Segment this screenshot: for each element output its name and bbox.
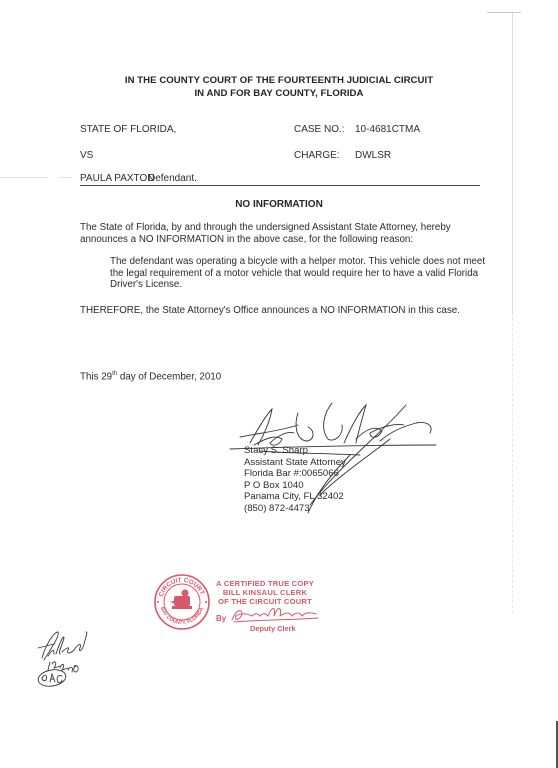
date-line: This 29th day of December, 2010 [80,369,221,383]
charge-value: DWLSR [355,150,391,161]
therefore-paragraph: THEREFORE, the State Attorney's Office a… [80,305,500,317]
attorney-bar-number: Florida Bar #:0065066 [244,468,346,480]
attorney-title: Assistant State Attorney [244,457,346,469]
plaintiff: STATE OF FLORIDA, [80,124,176,135]
versus: VS [80,150,93,161]
intro-paragraph: The State of Florida, by and through the… [80,222,490,245]
document-title: NO INFORMATION [0,199,558,210]
caption-divider [80,185,480,186]
scan-artifact-line [0,177,48,178]
attorney-address-1: P O Box 1040 [244,480,346,492]
attorney-address-2: Panama City, FL 32402 [244,491,346,503]
certification-line-1: A CERTIFIED TRUE COPY [216,579,314,588]
case-number-label: CASE NO.: [294,124,345,135]
handwritten-filed-note-icon [28,630,108,700]
scan-artifact-line [58,177,72,178]
reason-paragraph: The defendant was operating a bicycle wi… [110,256,490,291]
scan-edge-line [512,313,513,613]
date-suffix: day of December, 2010 [117,371,221,382]
charge-label: CHARGE: [294,150,340,161]
signature-block: Stacy S. Sharp Assistant State Attorney … [244,445,346,515]
clerk-signature-icon [228,604,320,626]
certification-line-2: BILL KINSAUL CLERK [216,588,314,597]
attorney-name: Stacy S. Sharp [244,445,346,457]
court-seal-icon: CIRCUIT COURT BAY COUNTY, FLORIDA [152,572,212,632]
defendant-label: Defendant. [148,173,197,184]
defendant-name: PAULA PAXTON [80,173,154,184]
court-header-line-1: IN THE COUNTY COURT OF THE FOURTEENTH JU… [0,74,558,87]
scan-edge-line [487,12,521,13]
scan-edge-line [512,13,513,313]
court-header: IN THE COUNTY COURT OF THE FOURTEENTH JU… [0,74,558,100]
certification-by: By [216,614,226,623]
date-prefix: This 29 [80,371,112,382]
case-number-value: 10-4681CTMA [355,124,420,135]
deputy-clerk-label: Deputy Clerk [250,624,296,633]
court-header-line-2: IN AND FOR BAY COUNTY, FLORIDA [0,87,558,100]
certification-text: A CERTIFIED TRUE COPY BILL KINSAUL CLERK… [216,579,314,606]
attorney-phone: (850) 872-4473 [244,503,346,515]
